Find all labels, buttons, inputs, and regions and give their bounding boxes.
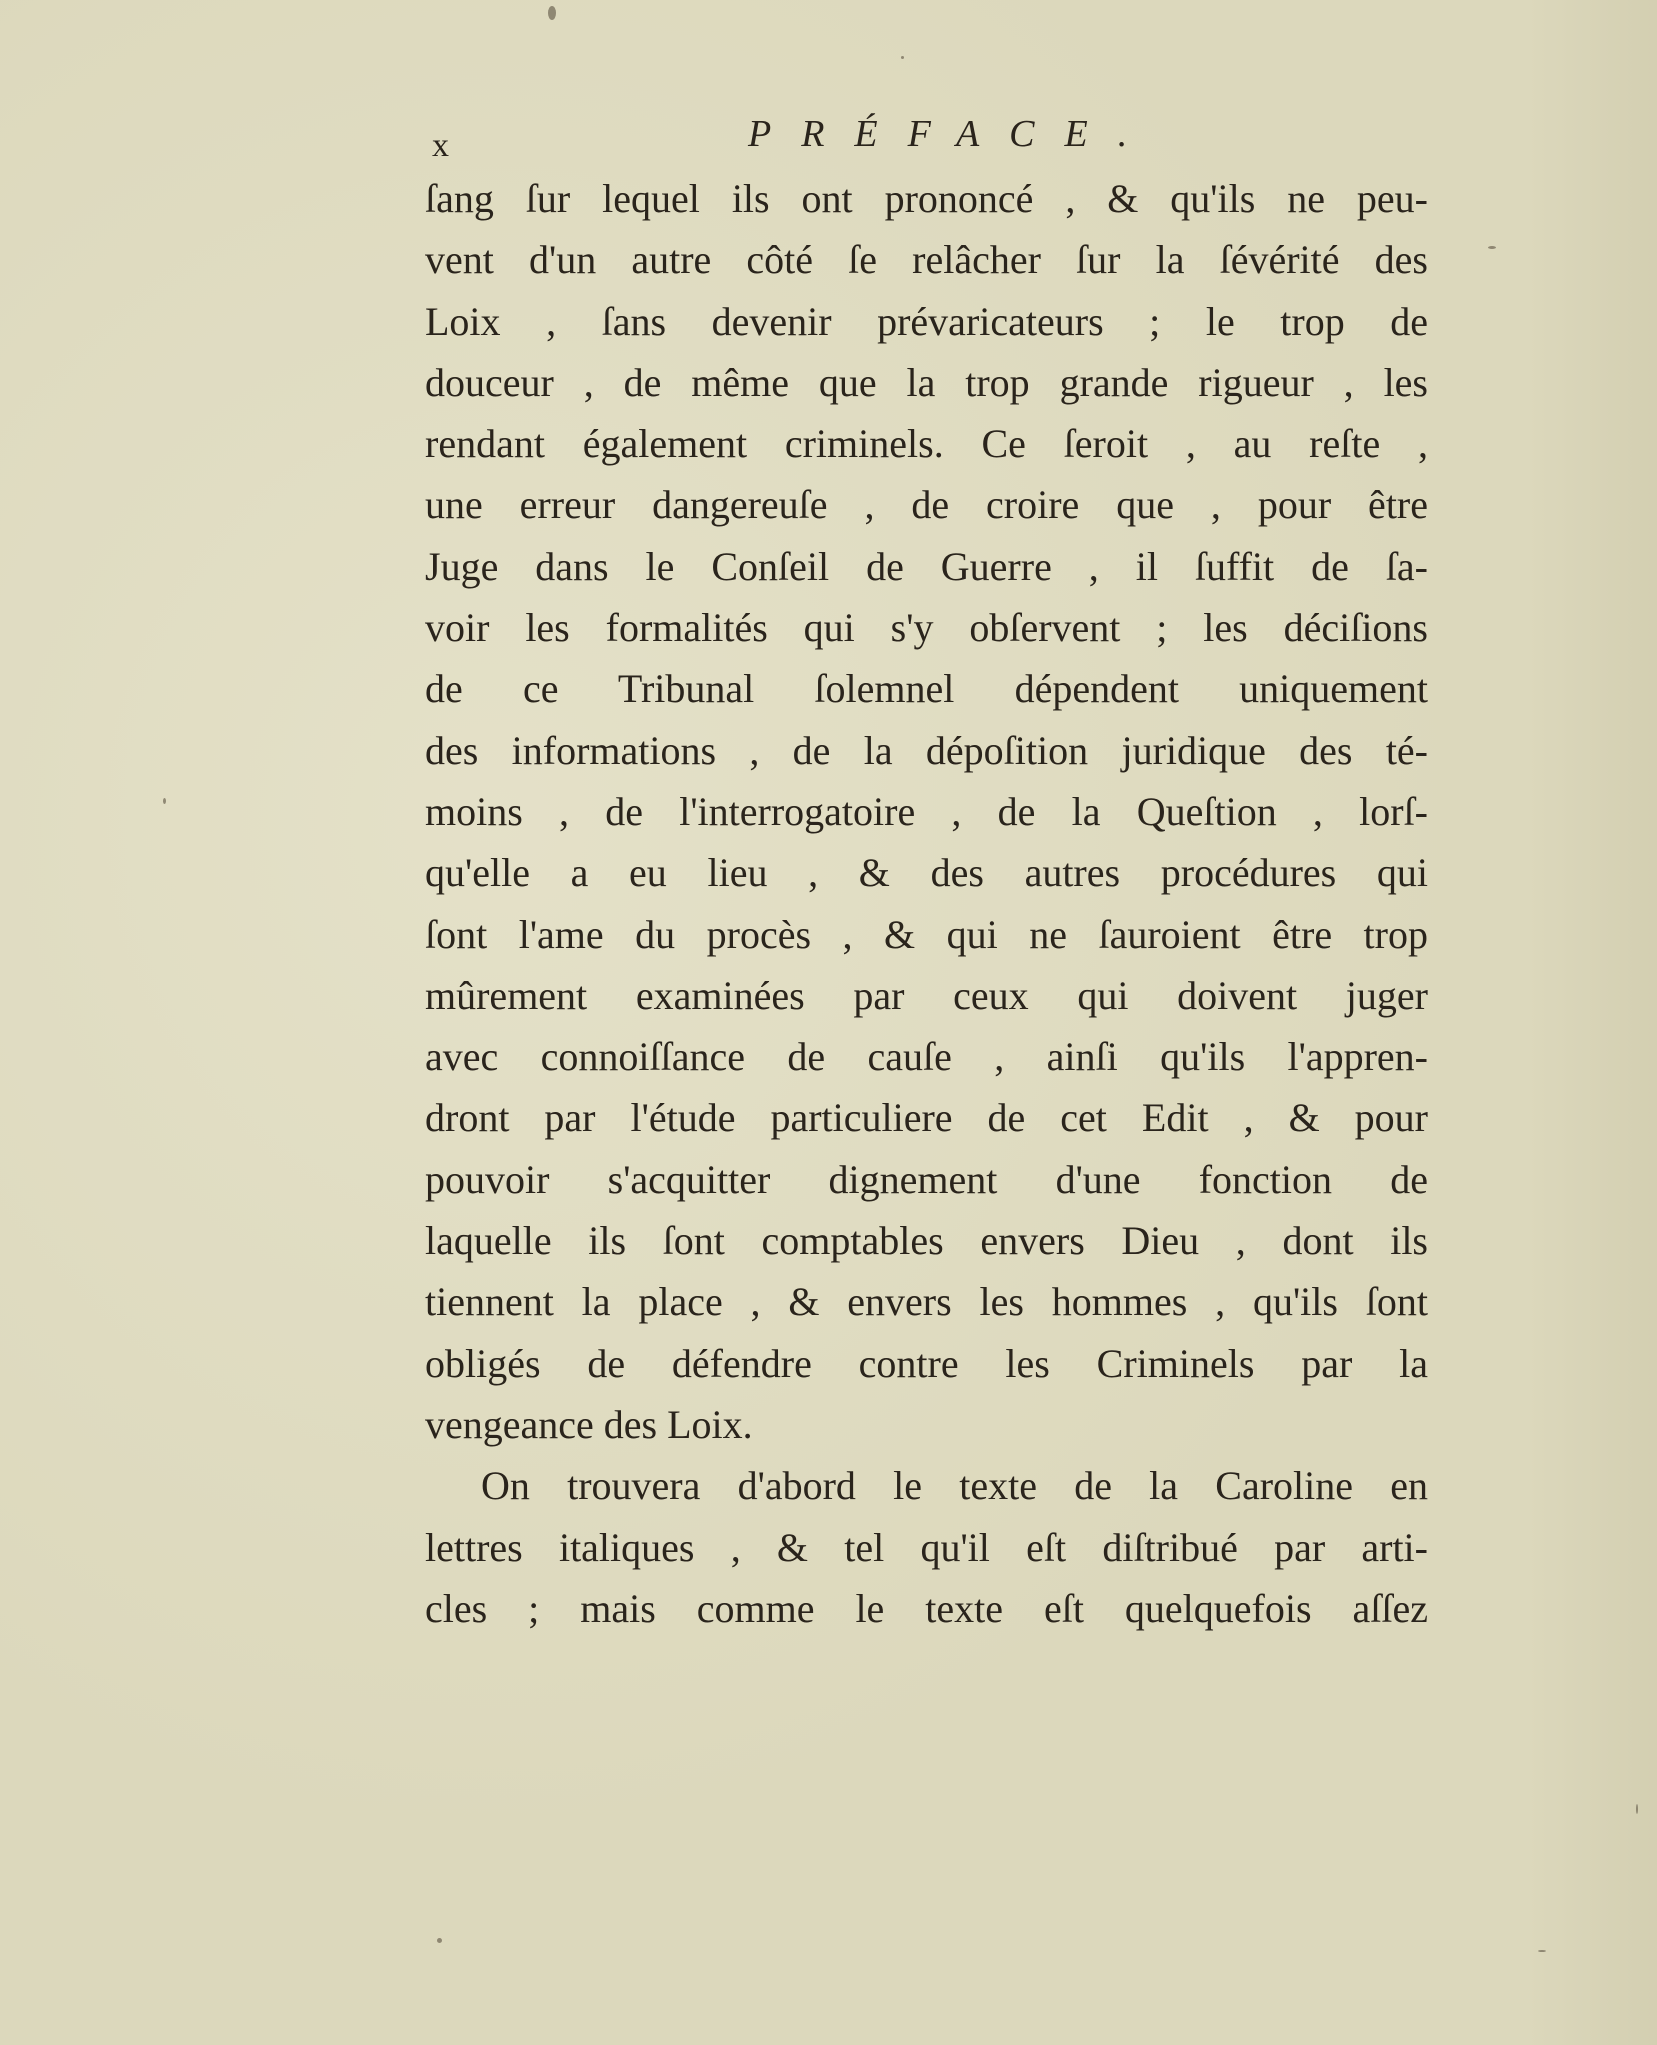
text-line: vengeance des Loix. bbox=[425, 1394, 1428, 1455]
text-line: qu'elle a eu lieu , & des autres procédu… bbox=[425, 842, 1428, 903]
text-line: Loix , ſans devenir prévaricateurs ; le … bbox=[425, 291, 1428, 352]
text-line: rendant également criminels. Ce ſeroit ,… bbox=[425, 413, 1428, 474]
text-line: tiennent la place , & envers les hommes … bbox=[425, 1271, 1428, 1332]
text-line: vent d'un autre côté ſe relâcher ſur la … bbox=[425, 229, 1428, 290]
text-line: Juge dans le Conſeil de Guerre , il ſuff… bbox=[425, 536, 1428, 597]
text-line: moins , de l'interrogatoire , de la Queſ… bbox=[425, 781, 1428, 842]
paragraph-1: ſang ſur lequel ils ont prononcé , & qu'… bbox=[425, 168, 1428, 1455]
text-line: lettres italiques , & tel qu'il eſt diſt… bbox=[425, 1517, 1428, 1578]
running-head: PRÉFACE. bbox=[748, 112, 1157, 156]
text-line: obligés de défendre contre les Criminels… bbox=[425, 1333, 1428, 1394]
text-line: douceur , de même que la trop grande rig… bbox=[425, 352, 1428, 413]
text-line: dront par l'étude particuliere de cet Ed… bbox=[425, 1087, 1428, 1148]
text-line: ſang ſur lequel ils ont prononcé , & qu'… bbox=[425, 168, 1428, 229]
text-line: de ce Tribunal ſolemnel dépendent unique… bbox=[425, 658, 1428, 719]
text-line: On trouvera d'abord le texte de la Carol… bbox=[425, 1455, 1428, 1516]
body-text: ſang ſur lequel ils ont prononcé , & qu'… bbox=[425, 168, 1428, 1639]
text-line: cles ; mais comme le texte eſt quelquefo… bbox=[425, 1578, 1428, 1639]
text-line: avec connoiſſance de cauſe , ainſi qu'il… bbox=[425, 1026, 1428, 1087]
text-line: une erreur dangereuſe , de croire que , … bbox=[425, 474, 1428, 535]
paragraph-2: On trouvera d'abord le texte de la Carol… bbox=[425, 1455, 1428, 1639]
text-line: voir les formalités qui s'y obſervent ; … bbox=[425, 597, 1428, 658]
paper-speck bbox=[548, 6, 556, 20]
text-line: laquelle ils ſont comptables envers Dieu… bbox=[425, 1210, 1428, 1271]
page-number: x bbox=[432, 126, 449, 166]
paper-speck bbox=[1636, 1804, 1638, 1814]
book-page: x PRÉFACE. ſang ſur lequel ils ont prono… bbox=[0, 0, 1657, 2045]
paper-speck bbox=[163, 798, 166, 804]
paper-speck bbox=[901, 56, 904, 59]
paper-speck bbox=[1488, 246, 1496, 249]
text-line: des informations , de la dépoſition juri… bbox=[425, 720, 1428, 781]
text-line: pouvoir s'acquitter dignement d'une fonc… bbox=[425, 1149, 1428, 1210]
paper-speck bbox=[437, 1938, 442, 1943]
paper-speck bbox=[1538, 1950, 1546, 1952]
text-line: mûrement examinées par ceux qui doivent … bbox=[425, 965, 1428, 1026]
text-line: ſont l'ame du procès , & qui ne ſauroien… bbox=[425, 904, 1428, 965]
